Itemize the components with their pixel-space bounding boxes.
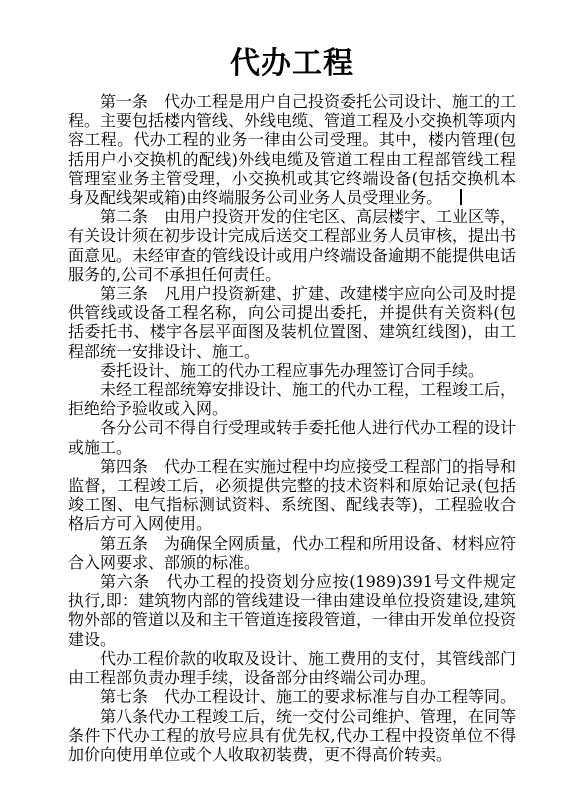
document-body[interactable]: 第一条 代办工程是用户自己投资委托公司设计、施工的工程。主要包括楼内管线、外线电…	[68, 92, 516, 764]
paragraph[interactable]: 第一条 代办工程是用户自己投资委托公司设计、施工的工程。主要包括楼内管线、外线电…	[68, 92, 516, 207]
paragraph[interactable]: 第四条 代办工程在实施过程中均应接受工程部门的指导和监督，工程竣工后，必须提供完…	[68, 457, 516, 534]
paragraph[interactable]: 各分公司不得自行受理或转手委托他人进行代办工程的设计或施工。	[68, 418, 516, 456]
paragraph[interactable]: 代办工程价款的收取及设计、施工费用的支付，其管线部门由工程部负责办理手续，设备部…	[68, 649, 516, 687]
paragraph[interactable]: 第八条代办工程竣工后，统一交付公司维护、管理，在同等条件下代办工程的放号应具有优…	[68, 707, 516, 765]
document-title[interactable]: 代办工程	[68, 45, 516, 83]
paragraph[interactable]: 未经工程部统筹安排设计、施工的代办工程，工程竣工后，拒绝给予验收或入网。	[68, 380, 516, 418]
paragraph[interactable]: 第三条 凡用户投资新建、扩建、改建楼宇应向公司及时提供管线或设备工程名称，向公司…	[68, 284, 516, 361]
paragraph[interactable]: 第七条 代办工程设计、施工的要求标准与自办工程等同。	[68, 687, 516, 706]
text-cursor	[460, 189, 462, 205]
paragraph[interactable]: 委托设计、施工的代办工程应事先办理签订合同手续。	[68, 361, 516, 380]
paragraph[interactable]: 第六条 代办工程的投资划分应按(1989)391号文件规定执行,即：建筑物内部的…	[68, 572, 516, 649]
paragraph[interactable]: 第五条 为确保全网质量，代办工程和所用设备、材料应符合入网要求、部颁的标准。	[68, 534, 516, 572]
paragraph[interactable]: 第二条 由用户投资开发的住宅区、高层楼宇、工业区等，有关设计须在初步设计完成后送…	[68, 207, 516, 284]
document-page[interactable]: 代办工程 第一条 代办工程是用户自己投资委托公司设计、施工的工程。主要包括楼内管…	[0, 0, 586, 790]
